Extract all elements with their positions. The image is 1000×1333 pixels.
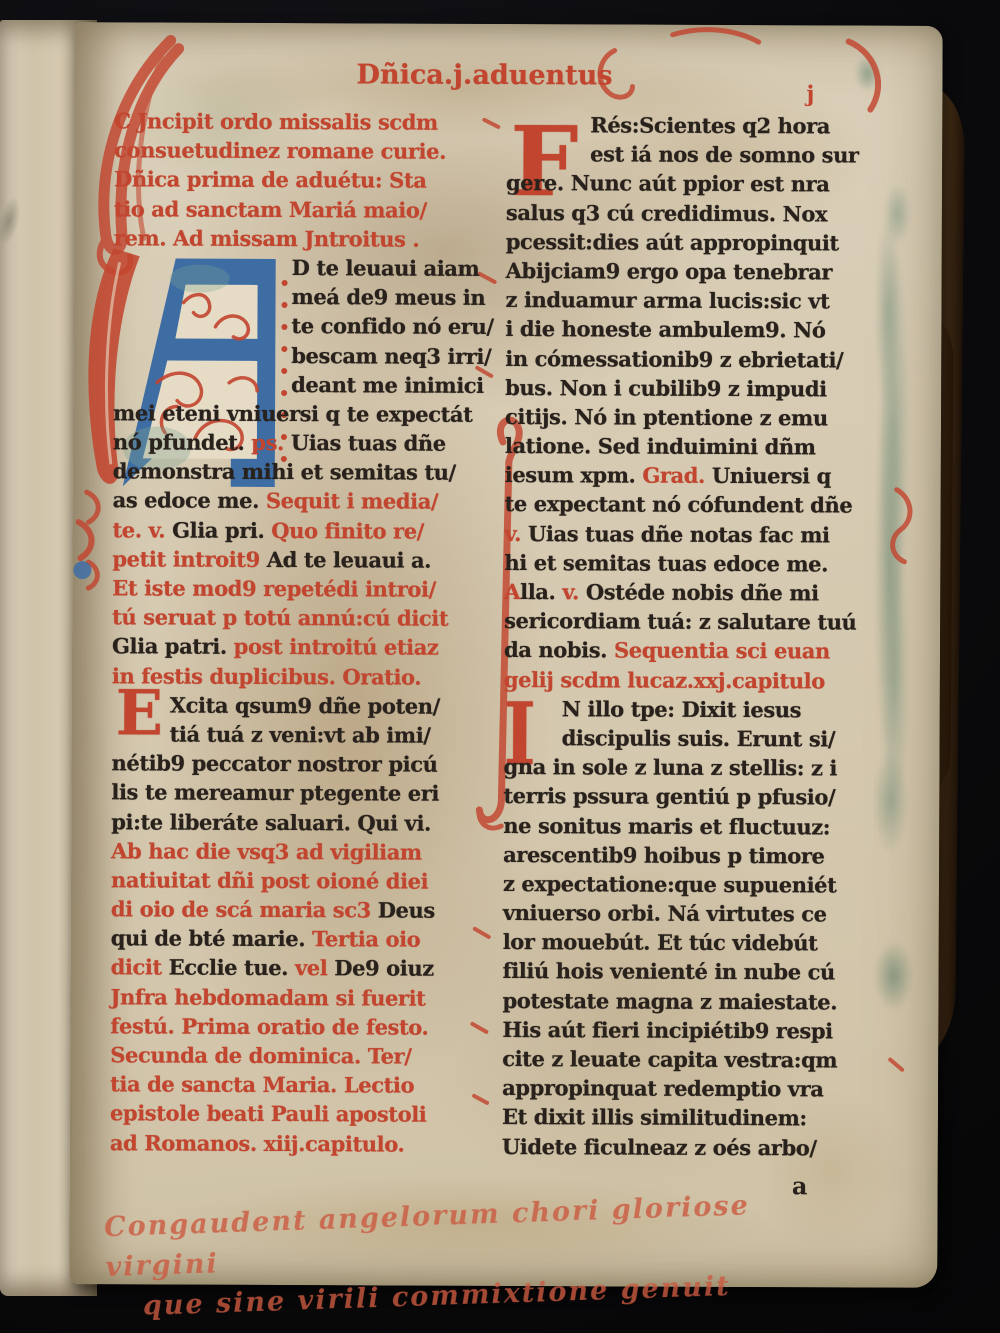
text-line: festú. Prima oratio de festo. [110,1011,498,1042]
body-text: vniuerso orbi. Ná virtutes ce [503,900,827,926]
body-text: Glia patri. [112,634,234,660]
text-line: Ab hac die vsq3 ad vigiliam [111,836,499,867]
rubric-text: te. v. [112,517,172,542]
text-line: gna in sole z luna z stellis: z i [503,752,905,783]
body-text: arescentib9 hoibus p timore [503,842,825,868]
rubric-text: in festis duplicibus. Oratio. [112,663,421,689]
text-line: salus q3 cú credidimus. Nox [506,198,908,229]
body-text: da nobis. [504,637,614,662]
text-line: qui de bté marie. Tertia oio [111,924,499,955]
text-line: gere. Nunc aút ppior est nra [506,168,908,199]
body-text: Uias tuas dñe [291,430,446,456]
rubric-text: Grad. [642,463,712,488]
missal-page: Dñica.j.aduentus j [69,22,942,1288]
text-line: deant me inimici [113,369,501,400]
text-line: gelij scdm lucaz.xxj.capitulo [504,665,906,696]
text-line: z induamur arma lucis:sic vt [505,285,907,316]
text-line: citijs. Nó in ptentione z emu [505,402,907,433]
body-text: in cómessationib9 z ebrietati/ [505,345,843,371]
text-line: as edoce me. Sequit i media/ [113,486,501,517]
text-line: Et iste mod9 repetédi introi/ [112,573,500,604]
text-line: vniuerso orbi. Ná virtutes ce [503,898,905,929]
flyleaf-smudge-mark [0,186,30,256]
text-line: cite z leuate capita vestra:qm [502,1044,904,1075]
text-line: consuetudinez romane curie. [114,135,502,166]
rubric-text: dicit [111,955,169,980]
text-line: pcessit:dies aút appropinquit [506,227,908,258]
rubric-text: festú. Prima oratio de festo. [110,1013,428,1039]
text-line: lis te mereamur ptegente eri [111,778,499,809]
body-text: potestate magna z maiestate. [502,988,837,1014]
body-text: Ecclie tue. [169,955,295,981]
body-text: Uidete ficulneaz z oés arbo/ [502,1134,817,1160]
text-line: i die honeste ambulem9. Nó [505,314,907,345]
body-text: tiá tuá z veni:vt ab imi/ [170,721,431,747]
body-text: pcessit:dies aút appropinquit [506,229,839,255]
text-line: Alla. v. Ostéde nobis dñe mi [504,577,906,608]
body-text: lla. [520,579,562,604]
rubric-text: ps. [251,430,291,455]
body-text: nó pfundet. [113,429,252,455]
text-line: bus. Non i cubilib9 z impudi [505,373,907,404]
body-text: De9 oiuz [334,956,434,981]
body-text: qui de bté marie. [111,926,312,952]
rubric-text: post introitú etiaz [234,634,439,660]
text-line: tú seruat p totú annú:cú dicit [112,602,500,633]
text-line: dicit Ecclie tue. vel De9 oiuz [111,953,499,984]
body-text: Ad te leuaui a. [267,547,431,573]
body-text: mei eteni vniuersi q te expectát [113,400,472,427]
rubric-text: Sequentia sci euan [614,638,830,664]
body-text: bus. Non i cubilib9 z impudi [505,375,827,401]
handwritten-annotation: Congaudent angelorum chori gloriose virg… [104,1184,828,1328]
text-line: D te leuaui aiam [114,252,502,283]
body-text: Ostéde nobis dñe mi [586,579,819,605]
text-line: pi:te liberáte saluari. Qui vi. [111,807,499,838]
body-text: terris pssura gentiú p pfusio/ [503,783,835,809]
text-line: appropinquat redemptio vra [502,1073,904,1104]
text-line: sericordiam tuá: z salutare tuú [504,606,906,637]
body-text: te confido nó eru/ [291,313,493,339]
text-line: te. v. Glia pri. Quo finito re/ [112,515,500,546]
rubric-text: A [504,579,520,604]
text-line: natiuitat dñi post oioné diei [111,865,499,896]
text-line: tiá tuá z veni:vt ab imi/ [112,719,500,750]
text-line: tia de sancta Maria. Lectio [110,1069,498,1100]
rubric-text: rem. Ad missam Jntroitus . [114,225,420,251]
text-line: terris pssura gentiú p pfusio/ [503,781,905,812]
body-text: te expectant nó cófundent dñe [505,491,853,518]
text-line: filiú hois venienté in nube cú [503,956,905,987]
text-line: iesum xpm. Grad. Uniuersi q [505,460,907,491]
text-line: Uidete ficulneaz z oés arbo/ [502,1132,904,1163]
body-text: filiú hois venienté in nube cú [503,958,835,984]
text-line: nó pfundet. ps. Uias tuas dñe [113,427,501,458]
text-line: Secunda de dominica. Ter/ [110,1040,498,1071]
text-line: z expectatione:que supueniét [503,869,905,900]
text-line: nétib9 peccator nostror picú [111,748,499,779]
body-text: est iá nos de somno sur [590,142,859,168]
body-text: Abijciam9 ergo opa tenebrar [506,258,833,284]
text-line: C Jncipit ordo missalis scdm [114,106,502,137]
text-line: te confido nó eru/ [113,311,501,342]
body-text: Uniuersi q [712,463,831,489]
text-line: tio ad sanctam Mariá maio/ [114,194,502,225]
rubric-text: epistole beati Pauli apostoli [110,1101,427,1127]
text-line: lor mouebút. Et túc videbút [503,927,905,958]
text-line: Rés:Scientes q2 hora [506,110,908,141]
body-text: as edoce me. [113,488,266,514]
right-column: Rés:Scientes q2 horaest iá nos de somno … [502,110,909,1162]
text-line: da nobis. Sequentia sci euan [504,635,906,666]
text-line: epistole beati Pauli apostoli [110,1099,498,1130]
body-text: deant me inimici [291,372,484,398]
rubric-text: gelij scdm lucaz.xxj.capitulo [504,667,825,693]
rubric-text: di oio de scá maria sc3 [111,896,378,922]
green-stain-top [850,49,884,97]
text-line: Et dixit illis similitudinem: [502,1102,904,1133]
text-line: Abijciam9 ergo opa tenebrar [506,256,908,287]
text-line: N illo tpe: Dixit iesus [504,694,906,725]
body-text: Rés:Scientes q2 hora [590,112,830,138]
rubric-text: v. [504,521,528,546]
body-text: pi:te liberáte saluari. Qui vi. [111,809,431,835]
body-text: Uias tuas dñe notas fac mi [528,521,830,547]
body-text: z induamur arma lucis:sic vt [505,287,829,313]
text-line: est iá nos de somno sur [506,139,908,170]
rubric-text: petit introit9 [112,546,266,572]
text-line: Glia patri. post introitú etiaz [112,632,500,663]
body-text: ne sonitus maris et fluctuuz: [503,812,830,838]
text-line: bescam neq3 irri/ [113,340,501,371]
text-line: in festis duplicibus. Oratio. [112,661,500,692]
body-text: citijs. Nó in ptentione z emu [505,404,828,430]
rubric-text: ad Romanos. xiij.capitulo. [110,1130,405,1156]
text-line: discipulis suis. Erunt si/ [504,723,906,754]
text-line: His aút fieri incipiétib9 respi [502,1015,904,1046]
rubric-text: vel [295,956,334,981]
text-line: ne sonitus maris et fluctuuz: [503,810,905,841]
body-text: demonstra mihi et semitas tu/ [113,459,456,485]
body-text: i die honeste ambulem9. Nó [505,316,825,342]
body-text: N illo tpe: Dixit iesus [562,696,801,722]
body-text: nétib9 peccator nostror picú [111,750,437,776]
rubric-text: tia de sancta Maria. Lectio [110,1071,414,1097]
text-line: latione. Sed induimini dñm [505,431,907,462]
rubric-text: consuetudinez romane curie. [114,137,446,163]
text-line: petit introit9 Ad te leuaui a. [112,544,500,575]
body-text: His aút fieri incipiétib9 respi [502,1017,832,1043]
rubric-text: Et iste mod9 repetédi introi/ [112,575,436,601]
rubric-text: Sequit i media/ [266,488,438,514]
rubric-text: tú seruat p totú annú:cú dicit [112,604,448,630]
body-text: latione. Sed induimini dñm [505,433,816,459]
text-line: hi et semitas tuas edoce me. [504,548,906,579]
rubric-text: Dñica prima de aduétu: Sta [114,167,427,193]
body-text: Glia pri. [172,517,271,542]
rubric-text: v. [562,579,586,604]
body-text: gere. Nunc aút ppior est nra [506,170,830,196]
body-text: meá de9 meus in [292,284,486,310]
body-text: discipulis suis. Erunt si/ [562,725,836,751]
left-column: C Jncipit ordo missalis scdmconsuetudine… [110,106,503,1158]
body-text: Deus [378,898,435,923]
text-line: rem. Ad missam Jntroitus . [114,223,502,254]
body-text: Xcita qsum9 dñe poten/ [170,692,440,718]
body-text: z expectatione:que supueniét [503,871,837,897]
body-text: appropinquat redemptio vra [502,1075,823,1101]
body-text: cite z leuate capita vestra:qm [502,1046,837,1072]
body-text: hi et semitas tuas edoce me. [504,550,828,576]
text-line: demonstra mihi et semitas tu/ [113,457,501,488]
body-text: gna in sole z luna z stellis: z i [503,754,837,780]
body-text: iesum xpm. [505,462,643,488]
rubric-text: tio ad sanctam Mariá maio/ [114,196,427,222]
rubric-text: Secunda de dominica. Ter/ [110,1042,411,1068]
body-text: salus q3 cú credidimus. Nox [506,200,827,226]
text-line: Jnfra hebdomadam si fuerit [110,982,498,1013]
body-text: lis te mereamur ptegente eri [111,780,439,806]
text-line: Xcita qsum9 dñe poten/ [112,690,500,721]
rubric-text: Quo finito re/ [271,518,424,544]
text-line: arescentib9 hoibus p timore [503,840,905,871]
body-text: sericordiam tuá: z salutare tuú [504,608,856,635]
running-title: Dñica.j.aduentus [274,59,694,92]
text-line: meá de9 meus in [113,281,501,312]
text-line: v. Uias tuas dñe notas fac mi [504,519,906,550]
body-text: lor mouebút. Et túc videbút [503,929,818,955]
rubric-text: Jnfra hebdomadam si fuerit [110,984,425,1010]
text-line: in cómessationib9 z ebrietati/ [505,343,907,374]
folio-number: j [806,81,814,107]
text-line: di oio de scá maria sc3 Deus [111,894,499,925]
rubric-text: Ab hac die vsq3 ad vigiliam [111,838,422,864]
rubric-text: natiuitat dñi post oioné diei [111,867,428,893]
body-text: Et dixit illis similitudinem: [502,1104,807,1130]
text-line: ad Romanos. xiij.capitulo. [110,1128,498,1159]
photo-backdrop: Dñica.j.aduentus j [0,0,1000,1333]
rubric-text: Tertia oio [312,926,420,951]
text-line: Dñica prima de aduétu: Sta [114,165,502,196]
rubric-text: C Jncipit ordo missalis scdm [114,108,438,134]
body-text: D te leuaui aiam [292,255,480,281]
body-text: bescam neq3 irri/ [291,343,491,369]
text-line: potestate magna z maiestate. [502,986,904,1017]
text-line: te expectant nó cófundent dñe [505,489,907,520]
text-line: mei eteni vniuersi q te expectát [113,398,501,429]
